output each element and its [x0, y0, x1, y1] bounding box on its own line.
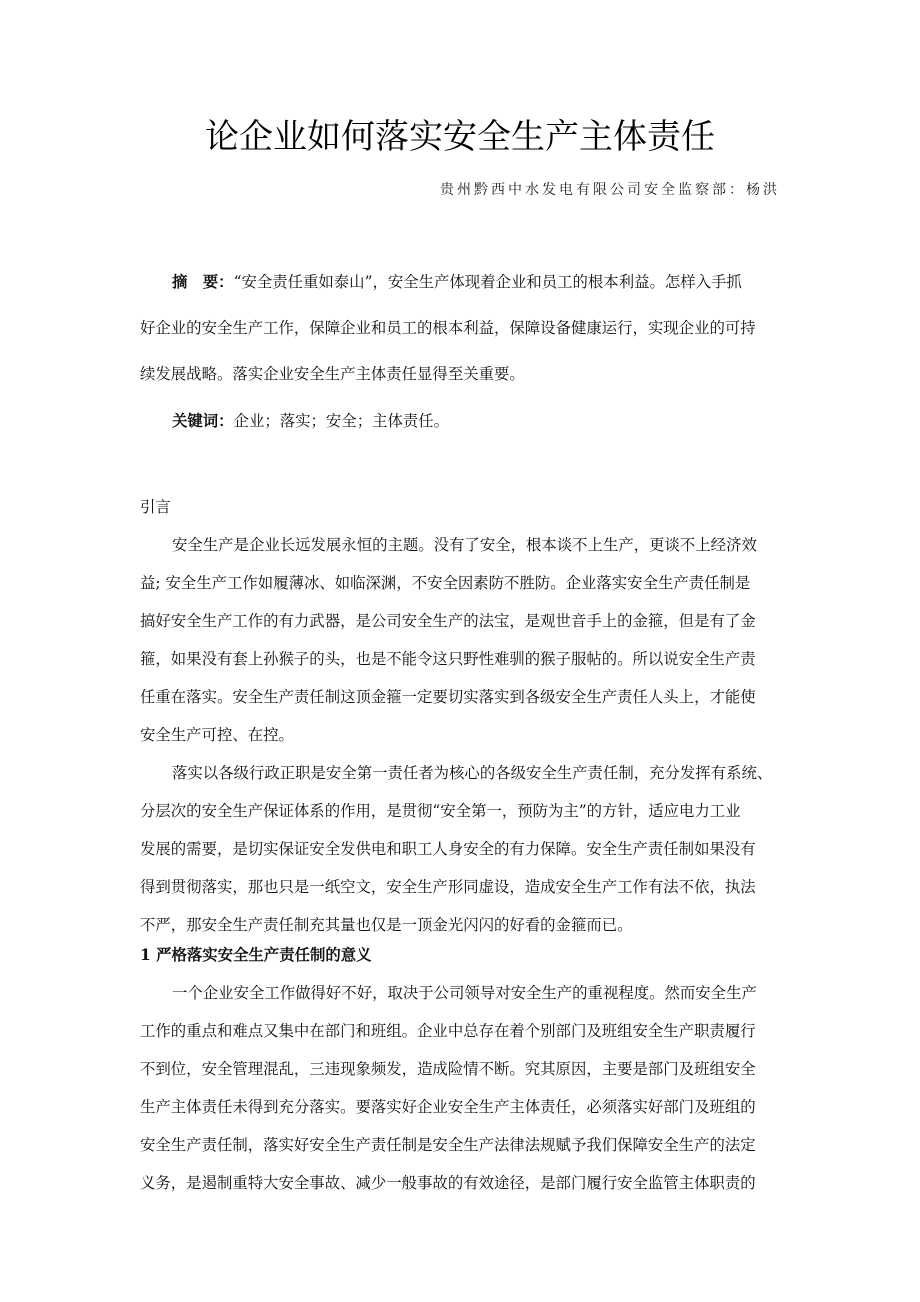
- abstract-line: 续发展战略。落实企业安全生产主体责任显得至关重要。: [140, 363, 780, 385]
- abstract-line: 好企业的安全生产工作，保障企业和员工的根本利益，保障设备健康运行，实现企业的可持: [140, 317, 780, 339]
- paragraph-line: 任重在落实。安全生产责任制这顶金箍一定要切实落实到各级安全生产责任人头上，才能使: [140, 686, 780, 708]
- paragraph-line: 箍，如果没有套上孙猴子的头，也是不能令这只野性难驯的猴子服帖的。所以说安全生产责: [140, 648, 780, 670]
- paragraph-line: 安全生产可控、在控。: [140, 724, 780, 746]
- author-byline: 贵州黔西中水发电有限公司安全监察部：杨洪: [440, 180, 780, 200]
- abstract-label: 摘 要：: [172, 273, 234, 291]
- paragraph-line: 安全生产责任制，落实好安全生产责任制是安全生产法律法规赋予我们保障安全生产的法定: [140, 1134, 780, 1156]
- document-page: 论企业如何落实安全生产主体责任 贵州黔西中水发电有限公司安全监察部：杨洪 摘 要…: [0, 0, 920, 1302]
- paragraph-line: 发展的需要，是切实保证安全发供电和职工人身安全的有力保障。安全生产责任制如果没有: [140, 838, 780, 860]
- intro-heading: 引言: [140, 496, 780, 518]
- paragraph-line: 落实以各级行政正职是安全第一责任者为核心的各级安全生产责任制，充分发挥有系统、: [172, 762, 780, 784]
- keywords-line: 关键词：企业；落实；安全；主体责任。: [172, 410, 780, 432]
- section-heading: 1 严格落实安全生产责任制的意义: [140, 944, 780, 966]
- paragraph-line: 一个企业安全工作做得好不好，取决于公司领导对安全生产的重视程度。然而安全生产: [172, 982, 780, 1004]
- paragraph-line: 不到位，安全管理混乱，三违现象频发，造成险情不断。究其原因，主要是部门及班组安全: [140, 1058, 780, 1080]
- paragraph-line: 工作的重点和难点又集中在部门和班组。企业中总存在着个别部门及班组安全生产职责履行: [140, 1020, 780, 1042]
- keywords-label: 关键词：: [172, 412, 234, 430]
- paragraph-line: 安全生产是企业长远发展永恒的主题。没有了安全，根本谈不上生产，更谈不上经济效: [172, 534, 780, 556]
- paragraph-line: 搞好安全生产工作的有力武器，是公司安全生产的法宝，是观世音手上的金箍，但是有了金: [140, 610, 780, 632]
- paragraph-line: 分层次的安全生产保证体系的作用，是贯彻“安全第一，预防为主”的方针，适应电力工业: [140, 800, 780, 822]
- keywords-text: 企业；落实；安全；主体责任。: [234, 412, 449, 430]
- paragraph-line: 益; 安全生产工作如履薄冰、如临深渊，不安全因素防不胜防。企业落实安全生产责任制…: [140, 572, 780, 594]
- paragraph-line: 得到贯彻落实，那也只是一纸空文，安全生产形同虚设，造成安全生产工作有法不依，执法: [140, 876, 780, 898]
- document-title: 论企业如何落实安全生产主体责任: [0, 112, 920, 162]
- paragraph-line: 生产主体责任未得到充分落实。要落实好企业安全生产主体责任，必须落实好部门及班组的: [140, 1096, 780, 1118]
- paragraph-line: 义务，是遏制重特大安全事故、减少一般事故的有效途径，是部门履行安全监管主体职责的: [140, 1172, 780, 1194]
- paragraph-line: 不严，那安全生产责任制充其量也仅是一顶金光闪闪的好看的金箍而已。: [140, 914, 780, 936]
- abstract-text: “安全责任重如泰山”，安全生产体现着企业和员工的根本利益。怎样入手抓: [234, 273, 742, 291]
- abstract-line: 摘 要：“安全责任重如泰山”，安全生产体现着企业和员工的根本利益。怎样入手抓: [172, 271, 780, 293]
